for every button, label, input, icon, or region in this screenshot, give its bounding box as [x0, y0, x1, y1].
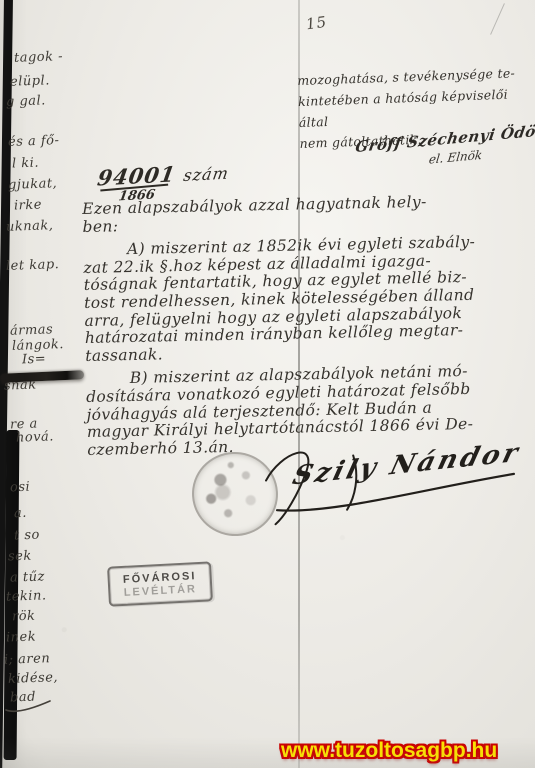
- margin-text-fragment: rök: [12, 609, 36, 625]
- closing-signature-block: Szily Nándor: [260, 423, 531, 532]
- margin-text-fragment: uknak,: [6, 218, 54, 235]
- margin-flourish-stroke: [4, 698, 54, 714]
- margin-text-fragment: Is=: [22, 352, 47, 368]
- main-body-text: Ezen alapszabályok azzal hagyatnak hely-…: [82, 192, 535, 460]
- archive-stamp-line2: LEVÉLTÁR: [123, 583, 197, 599]
- margin-text-fragment: és a fő-: [8, 133, 60, 150]
- scan-scratch-mark: [490, 3, 505, 34]
- margin-text-fragment: tekin.: [6, 588, 47, 604]
- margin-text-fragment: elüpl.: [10, 73, 50, 89]
- margin-text-fragment: inek: [6, 629, 37, 645]
- margin-text-fragment: hová.: [16, 429, 54, 445]
- margin-text-fragment: let kap.: [6, 257, 60, 274]
- margin-text-fragment: kidése,: [8, 670, 59, 687]
- margin-text-fragment: a tűz: [10, 569, 45, 585]
- reference-number-label: szám: [182, 163, 230, 185]
- archive-stamp: FŐVÁROSI LEVÉLTÁR: [107, 561, 213, 606]
- margin-text-fragment: gjukat,: [8, 176, 58, 193]
- margin-text-fragment: tagok -: [14, 49, 64, 66]
- intro-paragraph: Ezen alapszabályok azzal hagyatnak hely-…: [82, 192, 535, 237]
- margin-text-fragment: l ki.: [12, 156, 39, 172]
- paragraph-a: A) miszerint az 1852ik évi egyleti szabá…: [83, 233, 535, 366]
- ink-smudge: [0, 370, 84, 383]
- margin-text-fragment: osi: [10, 480, 31, 496]
- margin-text-fragment: t so: [14, 528, 40, 544]
- margin-text-fragment: a.: [14, 506, 27, 521]
- margin-text-fragment: g gal.: [6, 93, 46, 109]
- margin-text-fragment: sek: [8, 549, 32, 565]
- margin-text-fragment: irke: [14, 198, 42, 214]
- margin-text-fragment: i; aren: [4, 651, 51, 668]
- scanned-document-page: tagok -elüpl.g gal.és a fő-l ki.gjukat,i…: [0, 0, 535, 768]
- website-watermark: www.tuzoltosagbp.hu: [281, 739, 497, 763]
- page-number: 15: [305, 13, 328, 34]
- margin-text-fragment: ármas: [10, 322, 54, 338]
